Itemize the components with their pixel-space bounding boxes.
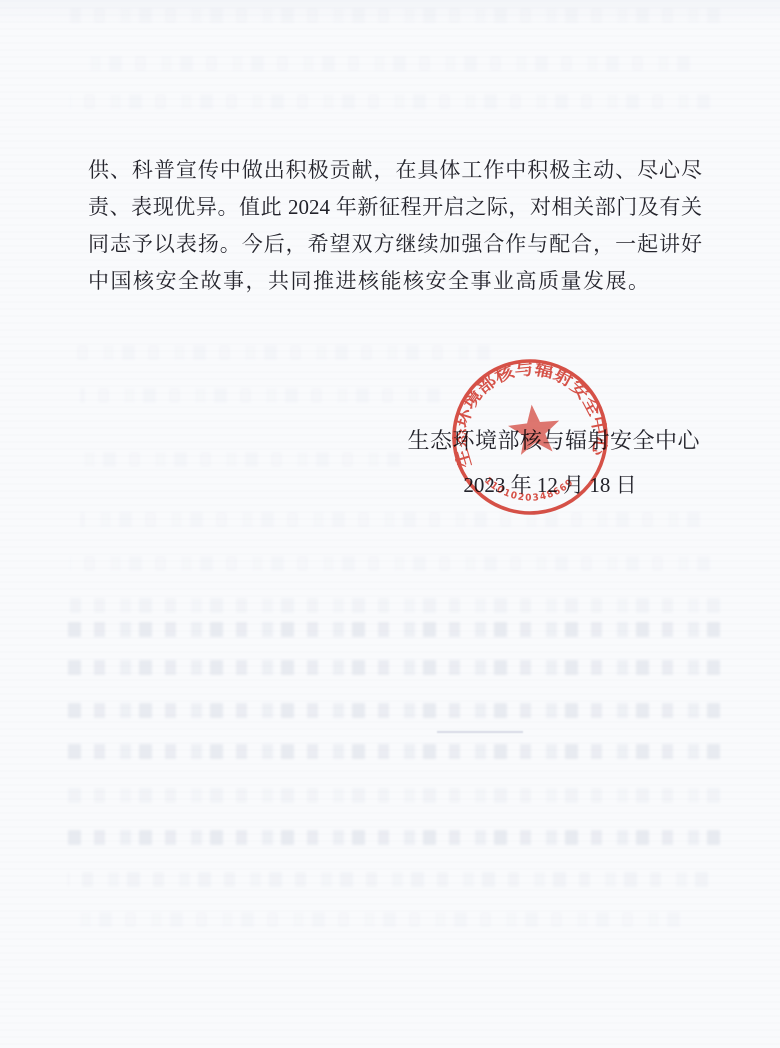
bleed-through-line (68, 830, 720, 845)
body-paragraph: 供、科普宣传中做出积极贡献，在具体工作中积极主动、尽心尽 责、表现优异。值此 2… (88, 152, 702, 300)
bleed-through-line (68, 788, 720, 803)
bleed-through-line (90, 56, 690, 71)
seal-code: 1101020348669 (481, 466, 578, 509)
bleed-through-line (80, 912, 680, 927)
bleed-through-line (68, 703, 720, 718)
document-page: 供、科普宣传中做出积极贡献，在具体工作中积极主动、尽心尽 责、表现优异。值此 2… (0, 0, 780, 1048)
bleed-through-line (70, 8, 720, 23)
bleed-through-line (80, 388, 440, 403)
body-line-2: 责、表现优异。值此 2024 年新征程开启之际，对相关部门及有关 (88, 189, 702, 226)
bleed-through-line (70, 345, 490, 360)
bleed-through-line (68, 622, 720, 637)
bleed-through-line (70, 94, 710, 109)
bleed-through-line (70, 556, 710, 571)
bleed-through-line (70, 598, 720, 613)
bleed-through-line (68, 744, 720, 759)
star-icon (506, 402, 562, 456)
body-line-4: 中国核安全故事，共同推进核能核安全事业高质量发展。 (88, 263, 702, 300)
bleed-through-rule (437, 731, 523, 733)
bleed-through-line (68, 660, 720, 675)
body-line-1: 供、科普宣传中做出积极贡献，在具体工作中积极主动、尽心尽 (88, 152, 702, 189)
official-seal: 生态环境部核与辐射安全中心 1101020348669 (439, 346, 621, 528)
body-line-3: 同志予以表扬。今后，希望双方继续加强合作与配合，一起讲好 (88, 226, 702, 263)
bleed-through-line (70, 452, 400, 467)
seal-ring-text: 生态环境部核与辐射安全中心 (442, 351, 613, 474)
bleed-through-line (68, 872, 708, 887)
bleed-through-line (80, 512, 700, 527)
